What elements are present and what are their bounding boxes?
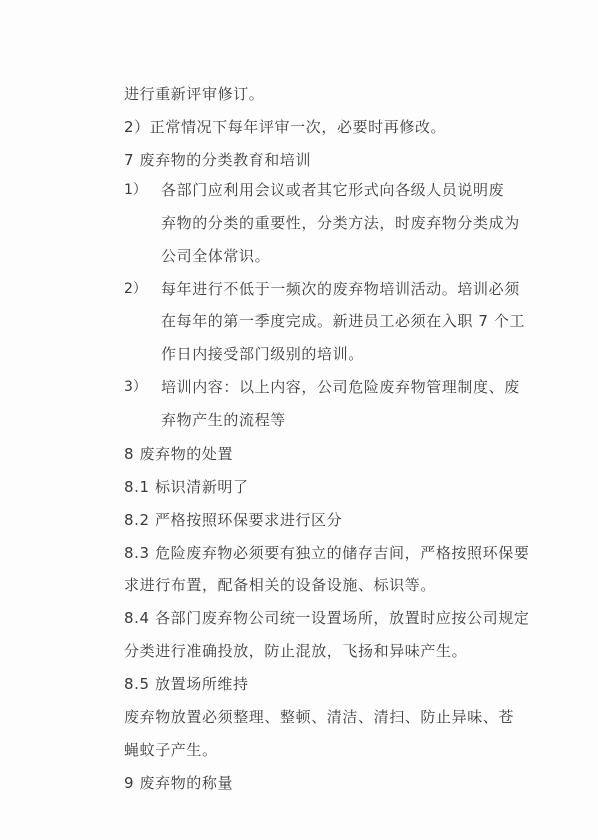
list-item-line: 在每年的第一季度完成。新进员工必须在入职 7 个工 — [161, 311, 525, 331]
subsection-8-3: 8.3 危险废弃物必须要有独立的储存吉间，严格按照环保要 — [124, 543, 529, 563]
subsection-8-4: 8.4 各部门废弃物公司统一设置场所，放置时应按公司规定 — [124, 608, 529, 628]
section-heading-9: 9 废弃物的称量 — [124, 773, 233, 793]
paragraph-line: 进行重新评审修订。 — [124, 84, 264, 104]
list-number: 1） — [124, 180, 147, 200]
paragraph-line: 废弃物放置必须整理、整顿、清洁、清扫、防止异味、苍 — [124, 707, 514, 727]
list-item-line: 作日内接受部门级别的培训。 — [161, 344, 364, 364]
list-item-line: 公司全体常识。 — [161, 246, 270, 266]
list-item-line: 弃物的分类的重要性，分类方法，时废弃物分类成为 — [161, 213, 520, 233]
paragraph-line: 求进行布置，配备相关的设备设施、标识等。 — [124, 575, 436, 595]
section-heading-7: 7 废弃物的分类教育和培训 — [124, 150, 311, 170]
subsection-8-1: 8.1 标识清新明了 — [124, 477, 249, 497]
list-item-line: 培训内容：以上内容，公司危险废弃物管理制度、废 — [161, 377, 520, 397]
section-heading-8: 8 废弃物的处置 — [124, 444, 233, 464]
subsection-8-2: 8.2 严格按照环保要求进行区分 — [124, 510, 342, 530]
list-number: 3） — [124, 377, 147, 397]
list-item-line: 各部门应利用会议或者其它形式向各级人员说明废 — [161, 180, 504, 200]
paragraph-line: 蝇蚊子产生。 — [124, 740, 218, 760]
subsection-8-5: 8.5 放置场所维持 — [124, 674, 249, 694]
list-item-line: 弃物产生的流程等 — [161, 410, 286, 430]
list-item-line: 每年进行不低于一频次的废弃物培训活动。培训必须 — [161, 279, 520, 299]
paragraph-line: 2）正常情况下每年评审一次，必要时再修改。 — [124, 117, 446, 137]
paragraph-line: 分类进行准确投放，防止混放，飞扬和异味产生。 — [124, 641, 467, 661]
list-number: 2） — [124, 279, 147, 299]
document-page: 进行重新评审修订。 2）正常情况下每年评审一次，必要时再修改。 7 废弃物的分类… — [0, 0, 598, 840]
